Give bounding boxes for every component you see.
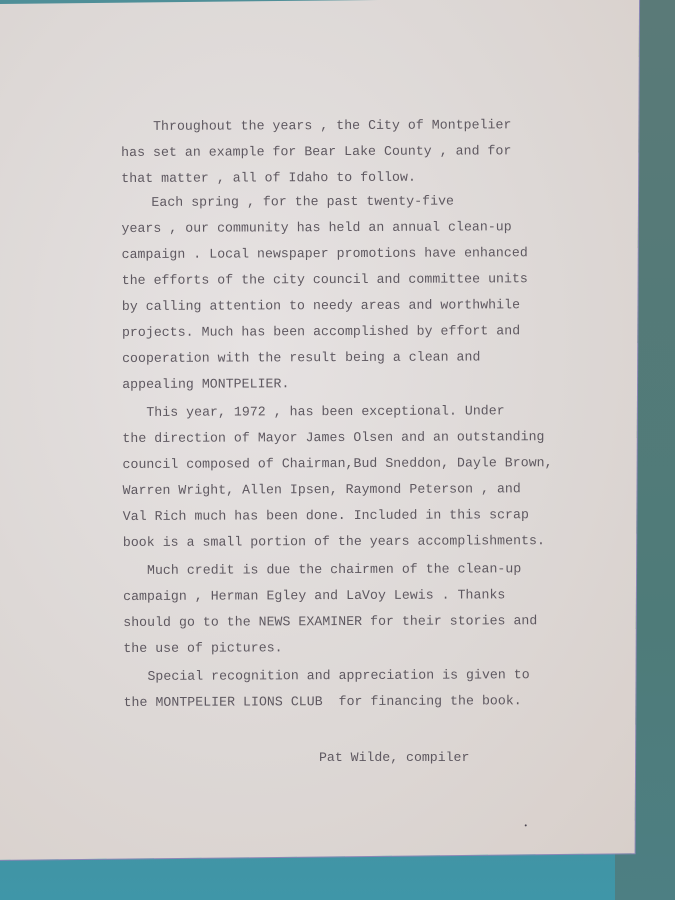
text-line: campaign , Herman Egley and LaVoy Lewis … (123, 582, 563, 610)
text-line: Each spring , for the past twenty-five (121, 188, 561, 216)
text-line: the efforts of the city council and comm… (122, 266, 562, 294)
text-line: campaign . Local newspaper promotions ha… (122, 240, 562, 268)
signature-line: Pat Wilde, compiler (319, 750, 469, 765)
text-line: Special recognition and appreciation is … (123, 662, 563, 690)
text-line: council composed of Chairman,Bud Sneddon… (122, 450, 562, 478)
text-line: cooperation with the result being a clea… (122, 344, 562, 372)
paragraph-2: Each spring , for the past twenty-five y… (121, 188, 562, 398)
text-line: Throughout the years , the City of Montp… (121, 112, 561, 140)
text-line: has set an example for Bear Lake County … (121, 138, 561, 166)
text-line: projects. Much has been accomplished by … (122, 318, 562, 346)
text-line: should go to the NEWS EXAMINER for their… (123, 608, 563, 636)
text-line: by calling attention to needy areas and … (122, 292, 562, 320)
text-line: This year, 1972 , has been exceptional. … (122, 398, 562, 426)
typed-body: Throughout the years , the City of Montp… (121, 112, 564, 716)
text-line: book is a small portion of the years acc… (123, 528, 563, 556)
text-line: appealing MONTPELIER. (122, 370, 562, 398)
text-line: the MONTPELIER LIONS CLUB for financing … (124, 688, 564, 716)
text-line: years , our community has held an annual… (121, 214, 561, 242)
text-line: the direction of Mayor James Olsen and a… (122, 424, 562, 452)
ink-speck (525, 824, 527, 826)
paragraph-3: This year, 1972 , has been exceptional. … (122, 398, 563, 556)
text-line: Much credit is due the chairmen of the c… (123, 556, 563, 584)
paragraph-1: Throughout the years , the City of Montp… (121, 112, 561, 192)
paragraph-4: Much credit is due the chairmen of the c… (123, 556, 563, 662)
text-line: Warren Wright, Allen Ipsen, Raymond Pete… (123, 476, 563, 504)
paragraph-5: Special recognition and appreciation is … (123, 662, 563, 716)
text-line: the use of pictures. (123, 634, 563, 662)
text-line: Val Rich much has been done. Included in… (123, 502, 563, 530)
